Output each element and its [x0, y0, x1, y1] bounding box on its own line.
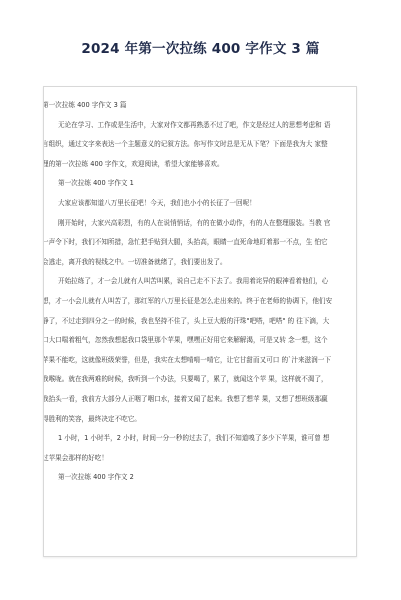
- paragraph-line: 苹果不能吃，这就像班级荣誉，但是，我实在太想啃啃一啃它，让它甘甜而又可口 的`汁…: [43, 351, 357, 371]
- page-body: 第一次拉练 400 字作文 3 篇 无论在学习、工作或是生活中，大家对作文都再熟…: [43, 96, 357, 488]
- page-heading: 第一次拉练 400 字作文 3 篇: [43, 96, 357, 116]
- paragraph-line: 开始拉练了，才一会儿就有人叫苦叫累，说自己走不下去了。我用着诧异的眼神看着他们，…: [43, 272, 357, 292]
- paragraph-line: 静了，不过走到四分之一的时候，我也坚持不住了，头上豆大般的汗珠"吧嗒，吧嗒" 的…: [43, 312, 357, 332]
- paragraph-line: 我抬头一看，我前方大部分人正咽了咽口水，接着又闻了起来。我想了想苹 果，又想了想…: [43, 390, 357, 410]
- paragraph-line: 得胜利的笑容，最终决定不吃它。: [43, 410, 357, 430]
- paragraph-line: 1 小时，1 小时半，2 小时，时间一分一秒的过去了，我们不知道嗅了多少下苹果，…: [43, 429, 357, 449]
- paragraph-line: 刚开始时，大家兴高彩烈，有的人在说悄悄话，有的在做小动作，有的人在整理服装。当教…: [43, 214, 357, 234]
- paragraph-line: 口大口喘着粗气，忽然我想起我口袋里那个苹果，嘿嘿正好用它来解解渴，可是又转 念一…: [43, 331, 357, 351]
- document-page: 第一次拉练 400 字作文 3 篇 无论在学习、工作或是生活中，大家对作文都再熟…: [43, 86, 357, 557]
- document-title: 2024 年第一次拉练 400 字作文 3 篇: [0, 37, 401, 57]
- section-heading-2: 第一次拉练 400 字作文 2: [43, 468, 357, 488]
- paragraph-line: 一声令下时，我们不知所措，急忙把手贴到大腿，头抬高，眼睛一直死命地盯着那一不点，…: [43, 233, 357, 253]
- paragraph-line: 我喉咙。就在我两难的时候，我听到一个办法，只要喝了，累了，就闻这个苹 果，这样就…: [43, 370, 357, 390]
- paragraph-line: 会逃走，离开我的视线之中。一切准备就绪了，我们要出发了。: [43, 253, 357, 273]
- section-heading-1: 第一次拉练 400 字作文 1: [43, 174, 357, 194]
- paragraph-line: 言组织，通过文字来表达一个主题意义的记叙方法。你写作文时总是无从下笔？下面是我为…: [43, 135, 357, 155]
- paragraph-line: 过苹果会那样的好吃！: [43, 449, 357, 469]
- paragraph-line: 理的第一次拉练 400 字作文，欢迎阅读，希望大家能够喜欢。: [43, 155, 357, 175]
- paragraph-line: 无论在学习、工作或是生活中，大家对作文都再熟悉不过了吧，作文是经过人的思想考虑和…: [43, 116, 357, 136]
- paragraph-line: 大家应该都知道八万里长征吧！今天，我们也小小的长征了一回呢！: [43, 194, 357, 214]
- paragraph-line: 想，才一小会儿就有人叫苦了，那红军的八万里长征是怎么走出来的。终于在老师的协调下…: [43, 292, 357, 312]
